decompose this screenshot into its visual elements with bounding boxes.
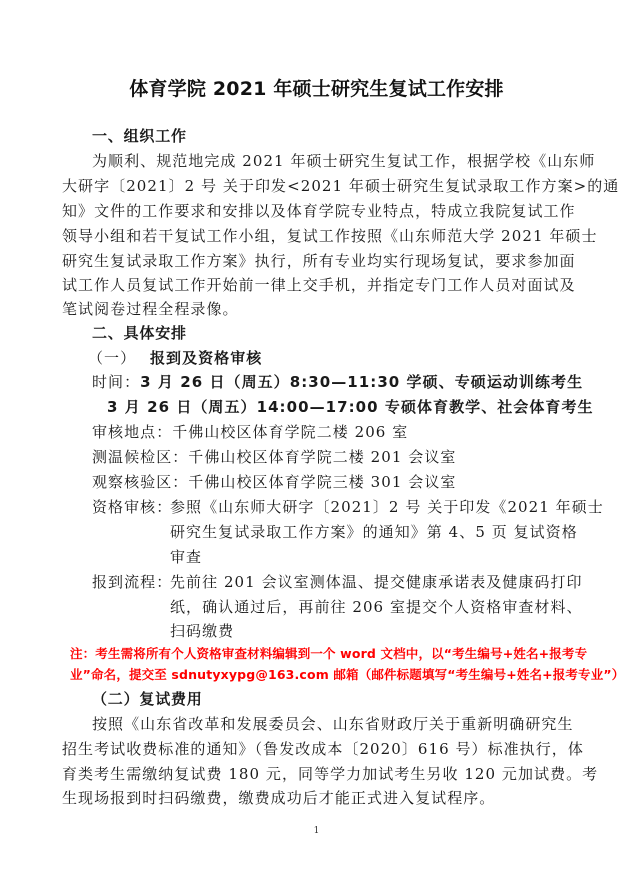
qualification-line: 研究生复试录取工作方案》的通知》第 4、5 页 复试资格 [170, 521, 578, 543]
time-slot-morning: 3 月 26 日（周五）8:30—11:30 学硕、专硕运动训练考生 [140, 373, 583, 391]
paragraph-line: 生现场报到时扫码缴费，缴费成功后才能正式进入复试程序。 [62, 787, 495, 809]
paragraph-line: 试工作人员复试工作开始前一律上交手机，并指定专门工作人员对面试及 [62, 274, 576, 296]
observation-area: 观察核验区：千佛山校区体育学院三楼 301 会议室 [92, 471, 456, 493]
subsection-heading-fees: （二）复试费用 [92, 688, 203, 710]
time-line-morning: 时间：3 月 26 日（周五）8:30—11:30 学硕、专硕运动训练考生 [92, 371, 583, 393]
submission-note: 注：考生需将所有个人资格审查材料编辑到一个 word 文档中，以“考生编号+姓名… [70, 643, 587, 665]
paragraph-line: 按照《山东省改革和发展委员会、山东省财政厅关于重新明确研究生 [92, 713, 574, 735]
temperature-area: 测温候检区：千佛山校区体育学院二楼 201 会议室 [92, 446, 456, 468]
subsection-prefix: （一） [88, 349, 136, 367]
time-label: 时间： [92, 373, 140, 391]
process-line: 扫码缴费 [170, 620, 234, 642]
document-page: 体育学院 2021 年硕士研究生复试工作安排 一、组织工作 为顺利、规范地完成 … [0, 0, 633, 873]
paragraph-line: 大研字〔2021〕2 号 关于印发<2021 年硕士研究生复试录取工作方案>的通 [62, 175, 619, 197]
paragraph-line: 知》文件的工作要求和安排以及体育学院专业特点，特成立我院复试工作 [62, 200, 576, 222]
paragraph-line: 招生考试收费标准的通知》（鲁发改成本〔2020〕616 号）标准执行，体 [62, 738, 584, 760]
subsection-heading-registration: （一） 报到及资格审核 [88, 347, 262, 369]
qualification-label: 资格审核： [92, 496, 172, 518]
section-heading-arrangement: 二、具体安排 [92, 322, 187, 344]
subsection-title: 报到及资格审核 [150, 349, 262, 367]
page-number: 1 [0, 826, 633, 836]
paragraph-line: 育类考生需缴纳复试费 180 元，同等学力加试考生另收 120 元加试费。考 [62, 763, 598, 785]
submission-note: 业”命名，提交至 sdnutyxypg@163.com 邮箱（邮件标题填写“考生… [70, 664, 624, 686]
review-location: 审核地点：千佛山校区体育学院二楼 206 室 [92, 421, 408, 443]
qualification-line: 审查 [170, 546, 202, 568]
qualification-line: 参照《山东师大研字〔2021〕2 号 关于印发《2021 年硕士 [170, 496, 604, 518]
process-label: 报到流程： [92, 571, 172, 593]
process-line: 先前往 201 会议室测体温、提交健康承诺表及健康码打印 [170, 571, 583, 593]
paragraph-line: 为顺利、规范地完成 2021 年硕士研究生复试工作，根据学校《山东师 [92, 150, 595, 172]
paragraph-line: 领导小组和若干复试工作小组，复试工作按照《山东师范大学 2021 年硕士 [62, 225, 598, 247]
process-line: 纸，确认通过后，再前往 206 室提交个人资格审查材料、 [170, 596, 583, 618]
time-slot-afternoon: 3 月 26 日（周五）14:00—17:00 专硕体育教学、社会体育考生 [107, 396, 594, 418]
section-heading-organization: 一、组织工作 [92, 125, 187, 147]
document-title: 体育学院 2021 年硕士研究生复试工作安排 [0, 74, 633, 101]
paragraph-line: 笔试阅卷过程全程录像。 [62, 298, 239, 320]
paragraph-line: 研究生复试录取工作方案》执行，所有专业均实行现场复试，要求参加面 [62, 250, 576, 272]
